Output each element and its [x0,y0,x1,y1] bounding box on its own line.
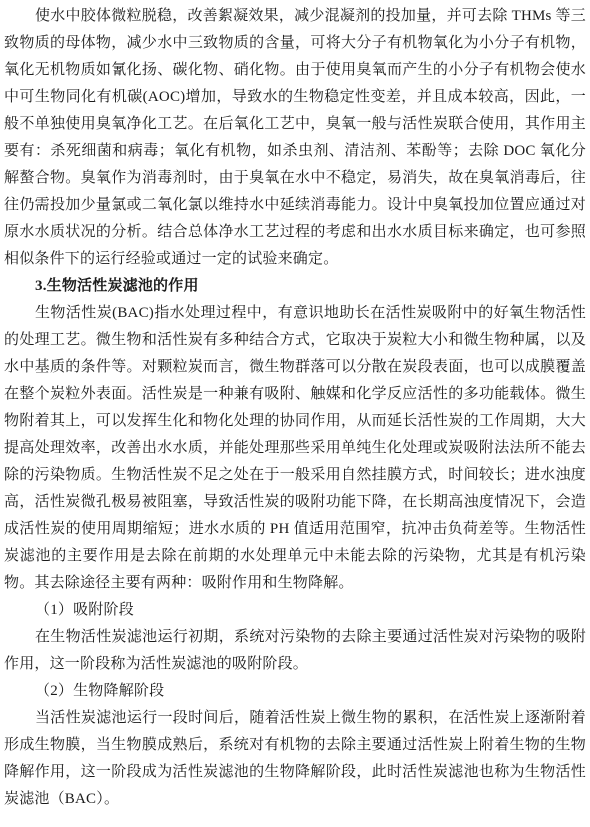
list-item-biodegradation-stage: （2）生物降解阶段 [4,678,586,705]
section-heading-bac-filter-role: 3.生物活性炭滤池的作用 [4,273,586,300]
paragraph-bac-definition: 生物活性炭(BAC)指水处理过程中，有意识地助长在活性炭吸附中的好氧生物活性的处… [4,300,586,597]
document-page: 使水中胶体微粒脱稳，改善絮凝效果，减少混凝剂的投加量，并可去除 THMs 等三致… [0,0,590,827]
paragraph-biodegradation-stage-description: 当活性炭滤池运行一段时间后，随着活性炭上微生物的累积，在活性炭上逐渐附着形成生物… [4,705,586,813]
paragraph-ozone-effects: 使水中胶体微粒脱稳，改善絮凝效果，减少混凝剂的投加量，并可去除 THMs 等三致… [4,3,586,273]
list-item-adsorption-stage: （1）吸附阶段 [4,597,586,624]
paragraph-adsorption-stage-description: 在生物活性炭滤池运行初期，系统对污染物的去除主要通过活性炭对污染物的吸附作用，这… [4,624,586,678]
